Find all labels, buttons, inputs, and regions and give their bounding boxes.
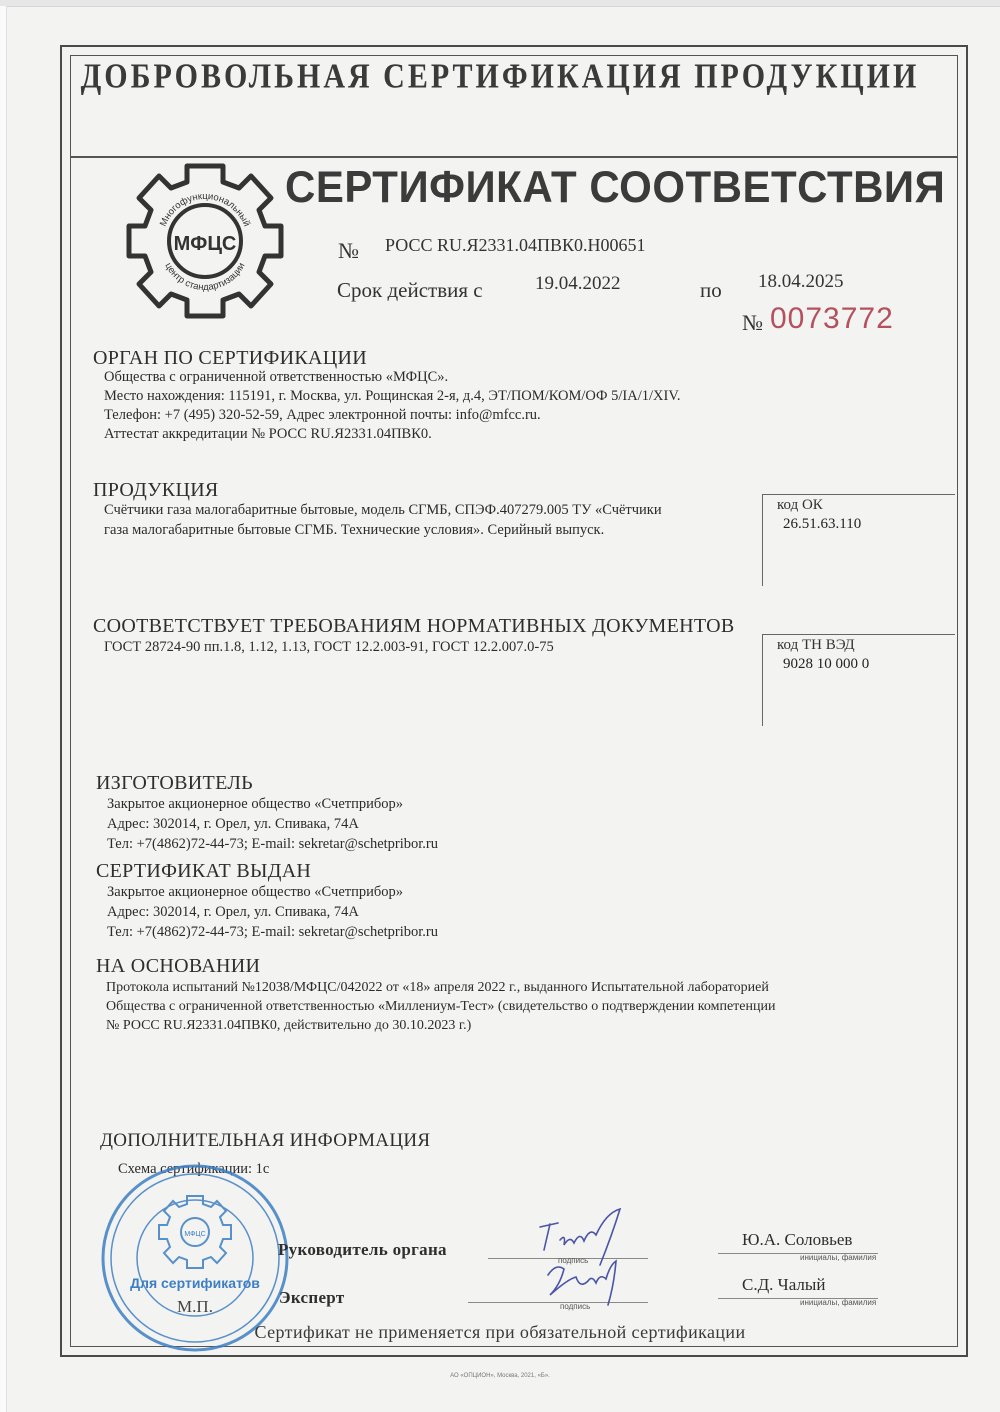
issued-to-line: Адрес: 302014, г. Орел, ул. Спивака, 74А [107, 902, 438, 922]
head-name-caption: инициалы, фамилия [800, 1253, 876, 1262]
product-description: Счётчики газа малогабаритные бытовые, мо… [104, 500, 662, 540]
voluntary-certification-title: ДОБРОВОЛЬНАЯ СЕРТИФИКАЦИЯ ПРОДУКЦИИ [0, 57, 1000, 96]
valid-from-date: 19.04.2022 [535, 273, 621, 295]
certificate-number: РОСС RU.Я2331.04ПВК0.Н00651 [385, 235, 645, 256]
issued-to-details: Закрытое акционерное общество «Счетприбо… [107, 882, 438, 942]
basis-line: Протокола испытаний №12038/МФЦС/042022 о… [106, 978, 775, 997]
certification-body-heading: ОРГАН ПО СЕРТИФИКАЦИИ [93, 347, 367, 370]
handwritten-signatures-icon [520, 1205, 650, 1315]
ok-code-value: 26.51.63.110 [783, 516, 955, 533]
page-top-edge [0, 0, 1000, 7]
head-name: Ю.А. Соловьев [742, 1230, 852, 1250]
expert-name-caption: инициалы, фамилия [800, 1298, 876, 1307]
valid-to-date: 18.04.2025 [758, 271, 844, 293]
product-line: газа малогабаритные бытовые СГМБ. Технич… [104, 520, 662, 540]
basis-line: Общества с ограниченной ответственностью… [106, 997, 775, 1016]
ok-code-label: код ОК [777, 497, 955, 514]
manufacturer-line: Адрес: 302014, г. Орел, ул. Спивака, 74А [107, 814, 438, 834]
certification-body-line: Аттестат аккредитации № РОСС RU.Я2331.04… [104, 425, 681, 444]
tn-ved-code-box: код ТН ВЭД 9028 10 000 0 [762, 634, 955, 726]
stamp-mp-text: М.П. [177, 1297, 213, 1316]
basis-heading: НА ОСНОВАНИИ [96, 955, 260, 978]
tn-ved-code-value: 9028 10 000 0 [783, 656, 955, 673]
mfcs-gear-logo-icon: МФЦС Многофункциональный центр стандарти… [125, 158, 285, 323]
page-left-edge [0, 6, 7, 1412]
compliance-heading: СООТВЕТСТВУЕТ ТРЕБОВАНИЯМ НОРМАТИВНЫХ ДО… [93, 615, 735, 638]
basis-line: № РОСС RU.Я2331.04ПВК0, действительно до… [106, 1016, 775, 1035]
number-label: № [338, 238, 359, 264]
validity-label: Срок действия с [337, 278, 483, 303]
valid-to-label: по [700, 278, 722, 303]
stamp-center-text: Для сертификатов [130, 1275, 260, 1291]
certificate-of-conformity-title: СЕРТИФИКАТ СООТВЕТСТВИЯ [285, 162, 945, 212]
manufacturer-line: Закрытое акционерное общество «Счетприбо… [107, 794, 438, 814]
logo-abbr: МФЦС [174, 233, 237, 255]
product-line: Счётчики газа малогабаритные бытовые, мо… [104, 500, 662, 520]
certification-body-details: Общества с ограниченной ответственностью… [104, 368, 681, 444]
issued-to-heading: СЕРТИФИКАТ ВЫДАН [96, 860, 311, 883]
certification-body-line: Место нахождения: 115191, г. Москва, ул.… [104, 387, 681, 406]
expert-role-label: Эксперт [279, 1288, 344, 1308]
svg-text:МФЦС: МФЦС [184, 1231, 205, 1238]
serial-number-label: № [742, 310, 763, 336]
certification-body-line: Телефон: +7 (495) 320-52-59, Адрес элект… [104, 406, 681, 425]
product-heading: ПРОДУКЦИЯ [93, 479, 219, 502]
certification-body-line: Общества с ограниченной ответственностью… [104, 368, 681, 387]
additional-info-heading: ДОПОЛНИТЕЛЬНАЯ ИНФОРМАЦИЯ [100, 1130, 430, 1152]
issued-to-line: Закрытое акционерное общество «Счетприбо… [107, 882, 438, 902]
expert-name: С.Д. Чалый [742, 1275, 825, 1295]
compliance-line: ГОСТ 28724-90 пп.1.8, 1.12, 1.13, ГОСТ 1… [104, 638, 554, 657]
basis-details: Протокола испытаний №12038/МФЦС/042022 о… [106, 978, 775, 1035]
manufacturer-line: Тел: +7(4862)72-44-73; E-mail: sekretar@… [107, 834, 438, 854]
manufacturer-details: Закрытое акционерное общество «Счетприбо… [107, 794, 438, 854]
tn-ved-code-label: код ТН ВЭД [777, 637, 955, 654]
head-role-label: Руководитель органа [278, 1240, 447, 1260]
ok-code-box: код ОК 26.51.63.110 [762, 494, 955, 586]
manufacturer-heading: ИЗГОТОВИТЕЛЬ [96, 772, 253, 795]
issued-to-line: Тел: +7(4862)72-44-73; E-mail: sekretar@… [107, 922, 438, 942]
printer-imprint: АО «ОПЦИОН», Москва, 2021, «Б». [0, 1373, 1000, 1379]
voluntary-only-note: Сертификат не применяется при обязательн… [0, 1322, 1000, 1343]
compliance-standards: ГОСТ 28724-90 пп.1.8, 1.12, 1.13, ГОСТ 1… [104, 638, 554, 657]
serial-number: 0073772 [770, 302, 894, 336]
